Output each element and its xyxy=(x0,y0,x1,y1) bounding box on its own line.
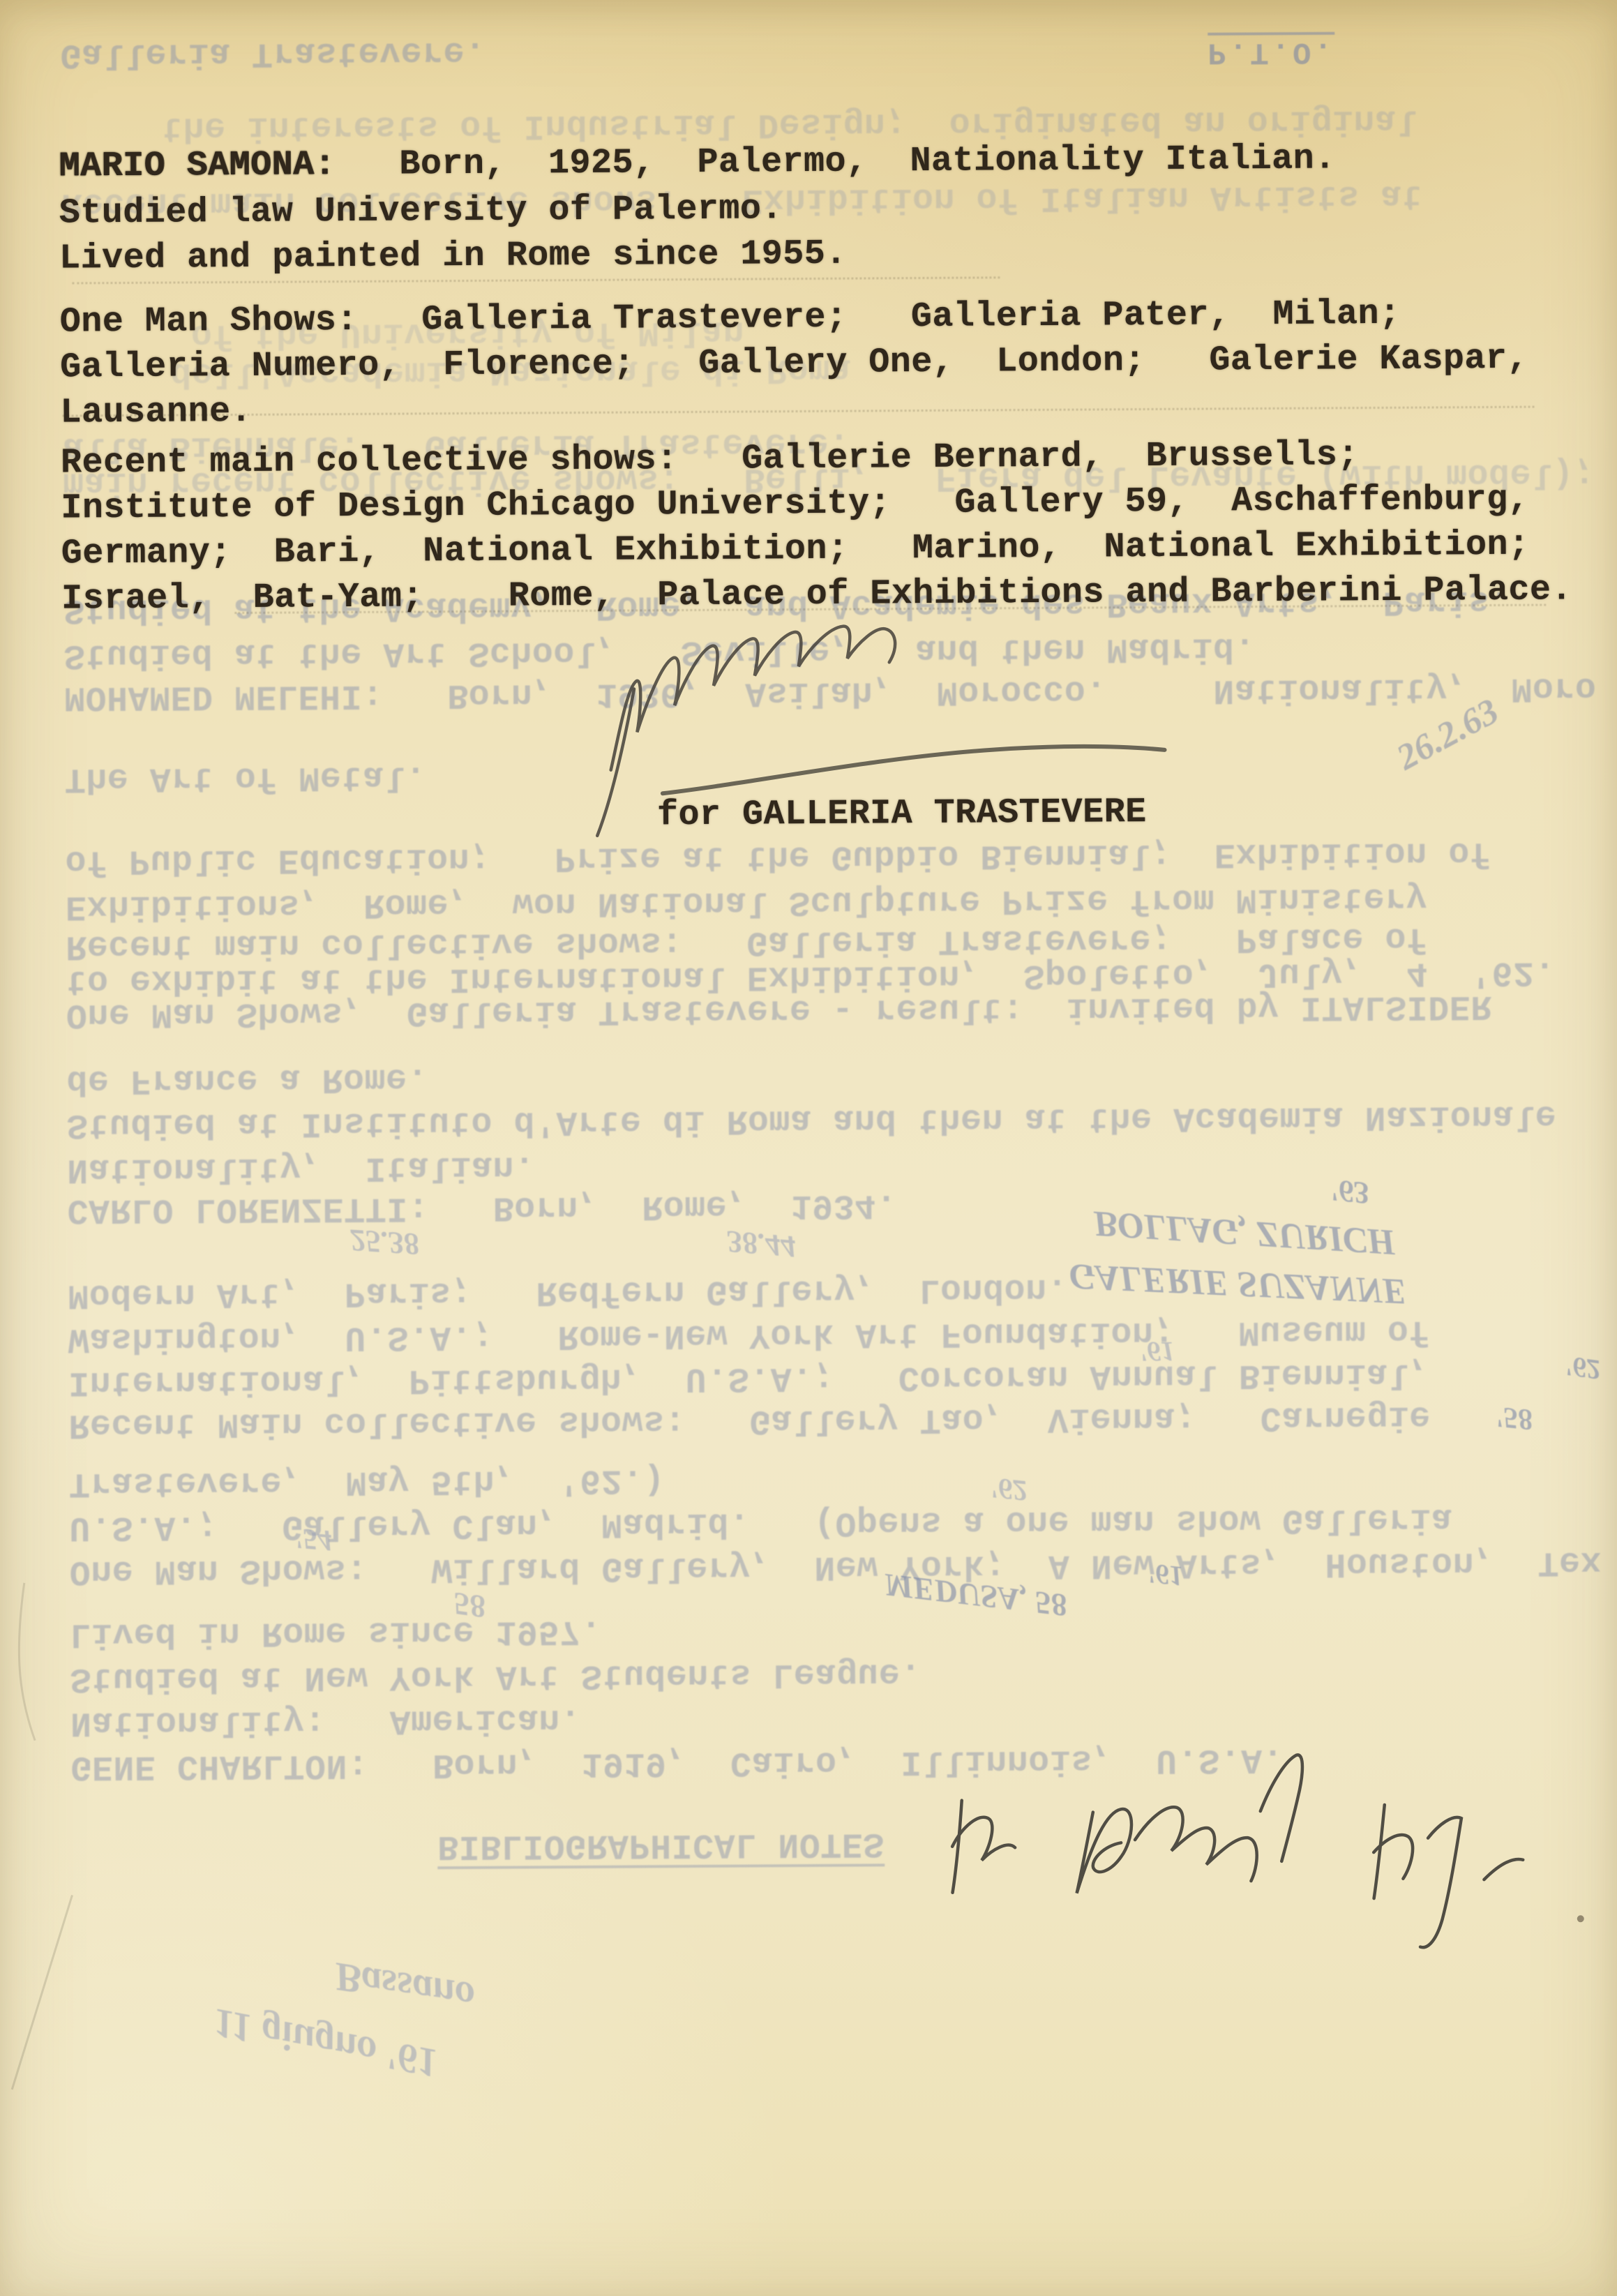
ink-annotations-layer xyxy=(0,0,1617,2296)
signature-underline-swoosh xyxy=(663,746,1165,793)
ink-note-scrawl xyxy=(952,1753,1524,1950)
paper-crease xyxy=(19,1583,35,1741)
signature-scrawl xyxy=(596,626,896,836)
scanned-document-page: Galleria Trastevere. the interests of In… xyxy=(0,0,1617,2296)
document-content: Galleria Trastevere. the interests of In… xyxy=(0,0,1617,2296)
ink-speck xyxy=(1577,1915,1584,1922)
paper-crease xyxy=(11,1895,74,2089)
